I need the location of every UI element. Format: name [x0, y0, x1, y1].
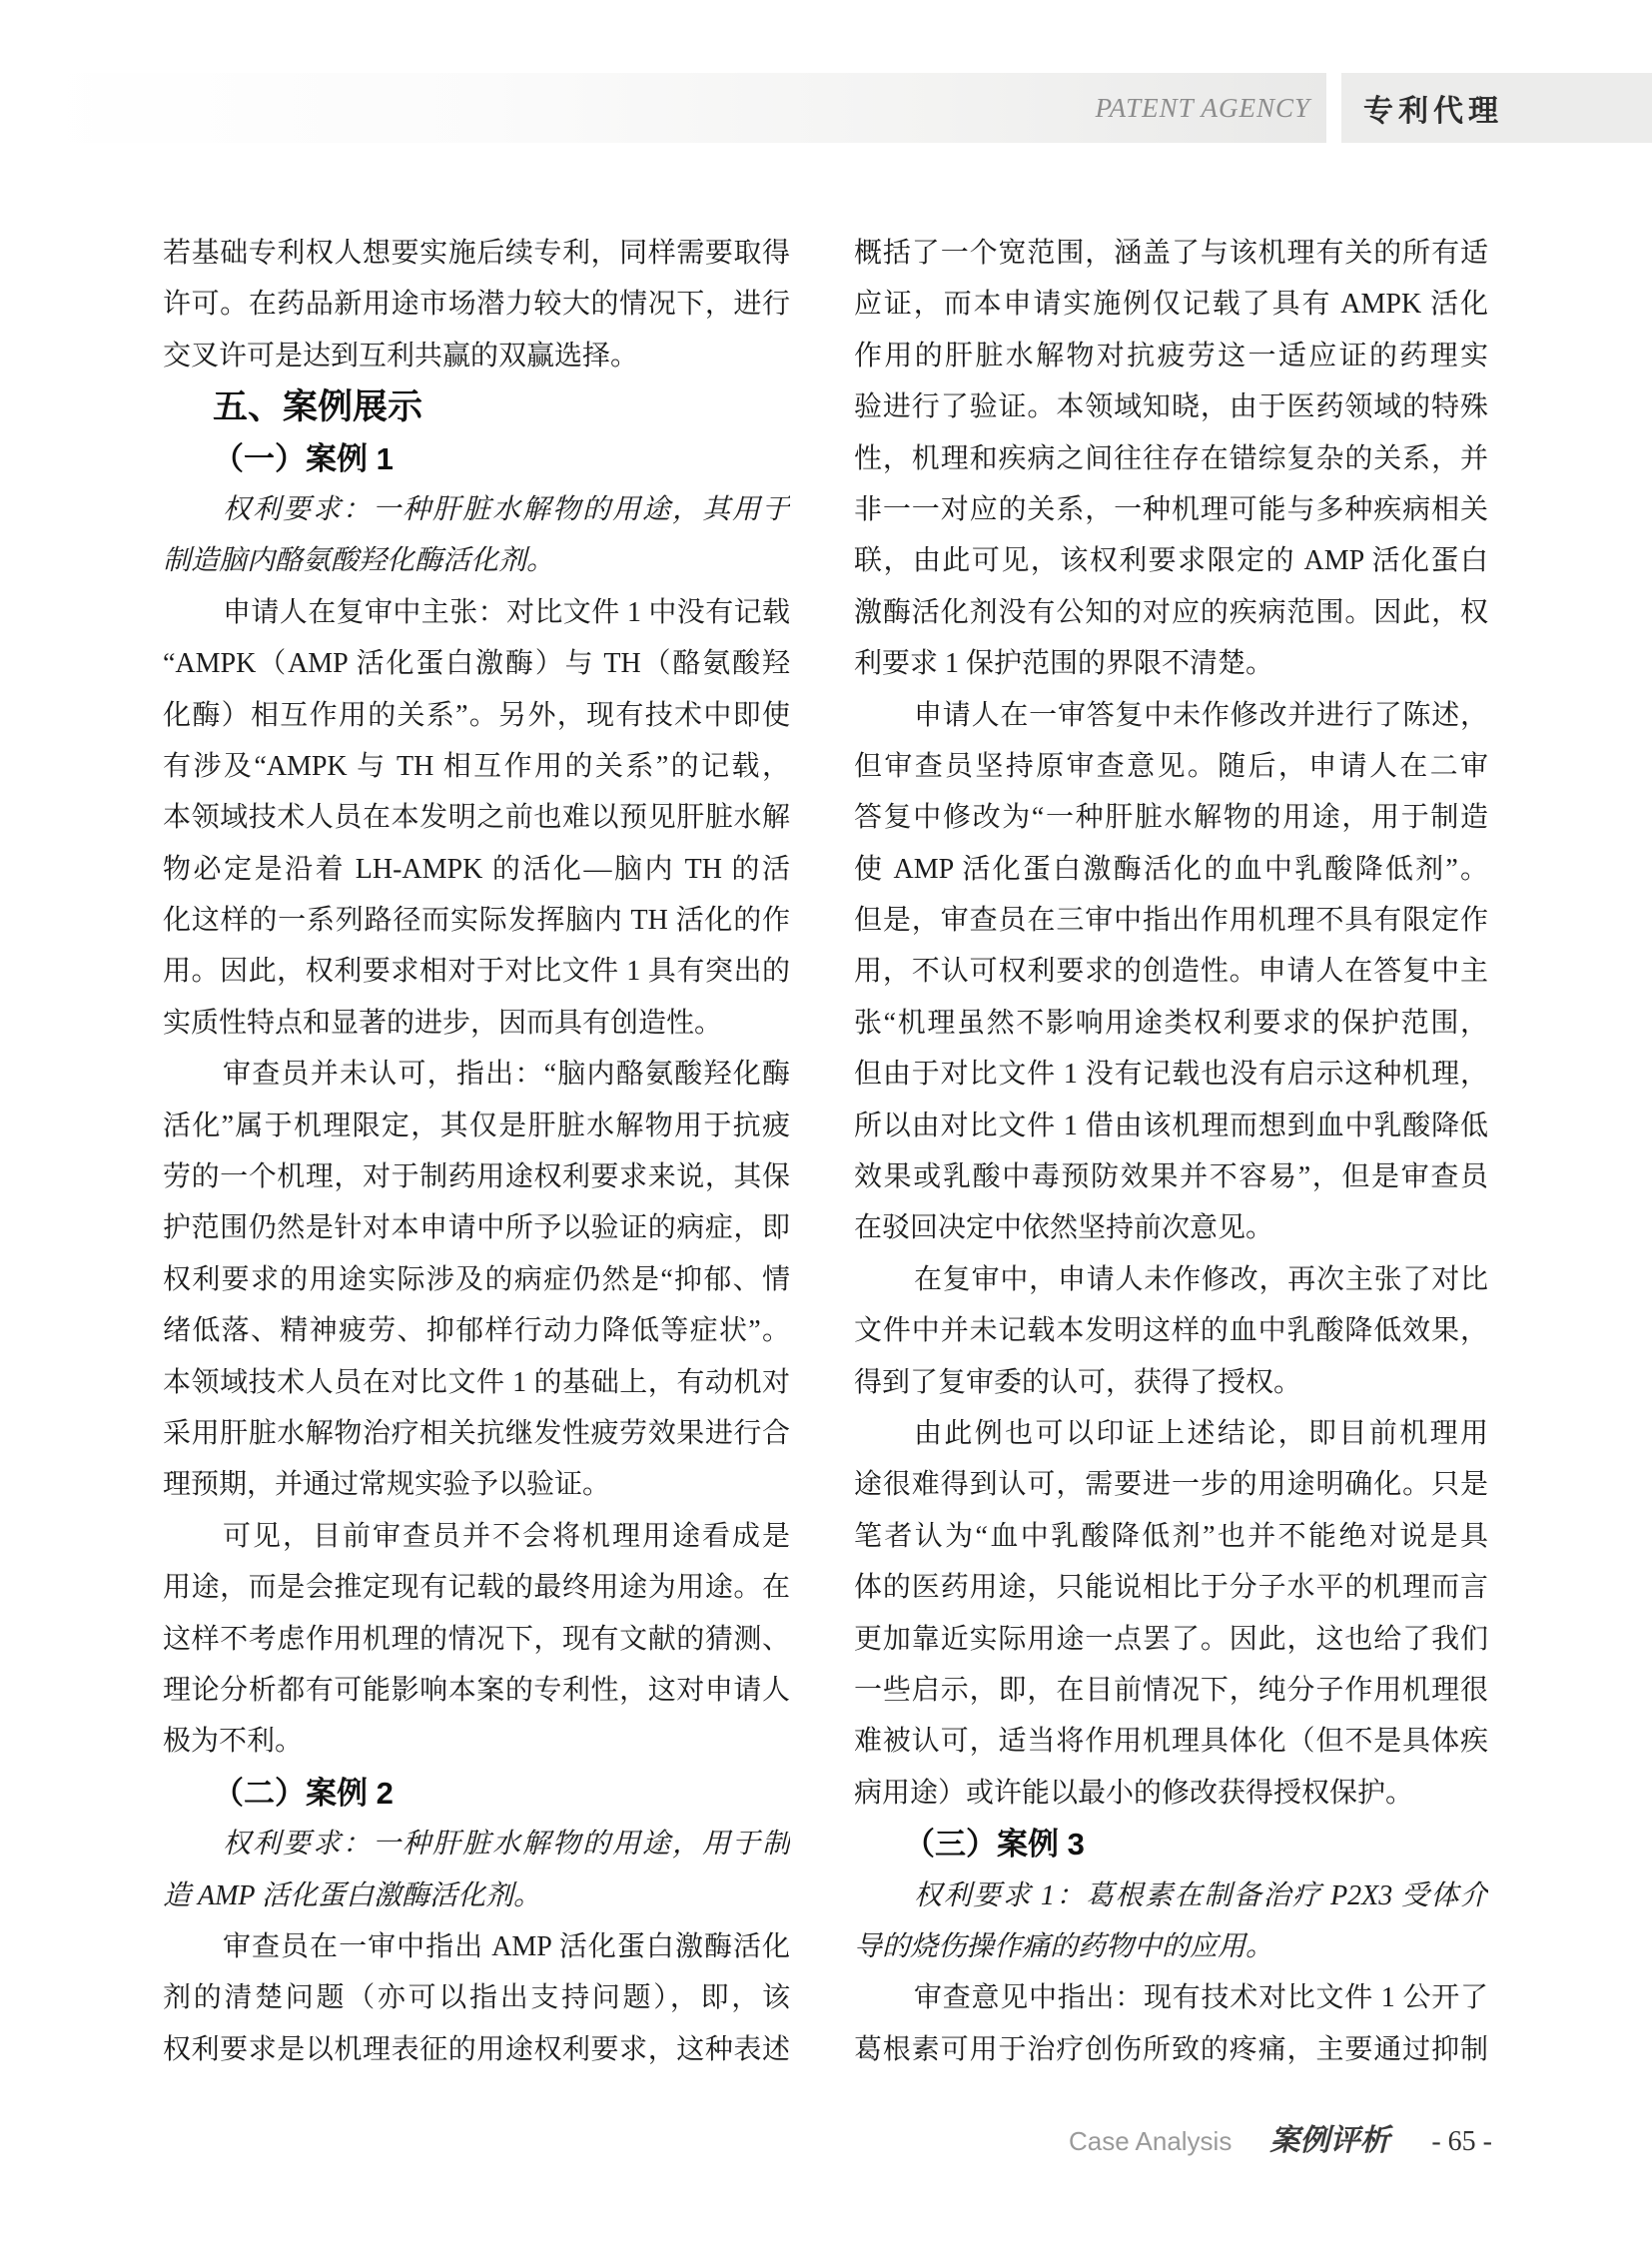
text-line: 化这样的一系列路径而实际发挥脑内 TH 活化的作 [163, 895, 790, 946]
text-line: 劳的一个机理，对于制药用途权利要求来说，其保 [163, 1151, 790, 1202]
text-line: 有涉及“AMPK 与 TH 相互作用的关系”的记载， [163, 741, 790, 792]
text-line: （二）案例 2 [163, 1768, 790, 1819]
text-line: 审查员并未认可，指出：“脑内酪氨酸羟化酶 [163, 1049, 790, 1100]
text-line: 在驳回决定中依然坚持前次意见。 [854, 1202, 1488, 1253]
text-line: （一）案例 1 [163, 433, 790, 484]
text-line: 非一一对应的关系，一种机理可能与多种疾病相关 [854, 484, 1488, 535]
text-line: 权利要求：一种肝脏水解物的用途，用于制 [163, 1819, 790, 1869]
text-line: 护范围仍然是针对本申请中所予以验证的病症，即 [163, 1202, 790, 1253]
text-line: 采用肝脏水解物治疗相关抗继发性疲劳效果进行合 [163, 1408, 790, 1459]
text-line: （三）案例 3 [854, 1819, 1488, 1869]
text-line: 一些启示，即，在目前情况下，纯分子作用机理很 [854, 1665, 1488, 1716]
text-line: 用。因此，权利要求相对于对比文件 1 具有突出的 [163, 946, 790, 997]
text-line: 本领域技术人员在对比文件 1 的基础上，有动机对 [163, 1357, 790, 1408]
text-line: 用途，而是会推定现有记载的最终用途为用途。在 [163, 1562, 790, 1613]
text-line: 作用的肝脏水解物对抗疲劳这一适应证的药理实 [854, 331, 1488, 381]
header-band: PATENT AGENCY [38, 73, 1326, 143]
text-line: 极为不利。 [163, 1716, 790, 1767]
text-line: 由此例也可以印证上述结论，即目前机理用 [854, 1408, 1488, 1459]
text-line: 活化”属于机理限定，其仅是肝脏水解物用于抗疲 [163, 1101, 790, 1151]
text-line: 化酶）相互作用的关系”。另外，现有技术中即使 [163, 690, 790, 741]
text-column-right: 概括了一个宽范围，涵盖了与该机理有关的所有适应证，而本申请实施例仅记载了具有 A… [854, 228, 1488, 2075]
text-line: 途很难得到认可，需要进一步的用途明确化。只是 [854, 1459, 1488, 1510]
text-line: 利要求 1 保护范围的界限不清楚。 [854, 638, 1488, 689]
text-line: 应证，而本申请实施例仅记载了具有 AMPK 活化 [854, 279, 1488, 330]
text-line: 但是，审查员在三审中指出作用机理不具有限定作 [854, 895, 1488, 946]
text-line: 概括了一个宽范围，涵盖了与该机理有关的所有适 [854, 228, 1488, 279]
text-line: 造 AMP 活化蛋白激酶活化剂。 [163, 1870, 790, 1921]
text-line: 申请人在一审答复中未作修改并进行了陈述， [854, 690, 1488, 741]
text-line: 在复审中，申请人未作修改，再次主张了对比 [854, 1254, 1488, 1305]
footer-section-title-cn: 案例评析 [1269, 2115, 1389, 2159]
text-line: 效果或乳酸中毒预防效果并不容易”，但是审查员 [854, 1151, 1488, 1202]
text-line: 体的医药用途，只能说相比于分子水平的机理而言 [854, 1562, 1488, 1613]
text-line: 物必定是沿着 LH-AMPK 的活化—脑内 TH 的活 [163, 844, 790, 895]
text-line: “AMPK（AMP 活化蛋白激酶）与 TH（酪氨酸羟 [163, 638, 790, 689]
footer-section-title-en: Case Analysis [1069, 2126, 1232, 2157]
text-line: 笔者认为“血中乳酸降低剂”也并不能绝对说是具 [854, 1511, 1488, 1562]
text-line: 交叉许可是达到互利共赢的双赢选择。 [163, 331, 790, 381]
text-line: 病用途）或许能以最小的修改获得授权保护。 [854, 1768, 1488, 1819]
header-section-title-box: 专利代理 [1341, 73, 1652, 143]
text-line: 审查意见中指出：现有技术对比文件 1 公开了 [854, 1972, 1488, 2023]
text-line: 权利要求 1：葛根素在制备治疗 P2X3 受体介 [854, 1870, 1488, 1921]
text-line: 许可。在药品新用途市场潜力较大的情况下，进行 [163, 279, 790, 330]
text-line: 使 AMP 活化蛋白激酶活化的血中乳酸降低剂”。 [854, 844, 1488, 895]
text-line: 更加靠近实际用途一点罢了。因此，这也给了我们 [854, 1614, 1488, 1665]
text-line: 理预期，并通过常规实验予以验证。 [163, 1459, 790, 1510]
text-line: 用，不认可权利要求的创造性。申请人在答复中主 [854, 946, 1488, 997]
text-line: 葛根素可用于治疗创伤所致的疼痛，主要通过抑制 [854, 2024, 1488, 2075]
text-line: 但审查员坚持原审查意见。随后，申请人在二审 [854, 741, 1488, 792]
text-line: 理论分析都有可能影响本案的专利性，这对申请人 [163, 1665, 790, 1716]
text-line: 这样不考虑作用机理的情况下，现有文献的猜测、 [163, 1614, 790, 1665]
text-line: 可见，目前审查员并不会将机理用途看成是 [163, 1511, 790, 1562]
text-line: 权利要求的用途实际涉及的病症仍然是“抑郁、情 [163, 1254, 790, 1305]
text-column-left: 若基础专利权人想要实施后续专利，同样需要取得许可。在药品新用途市场潜力较大的情况… [163, 228, 790, 2075]
header-section-title-en: PATENT AGENCY [1096, 93, 1310, 124]
page-number: - 65 - [1431, 2126, 1492, 2158]
text-line: 验进行了验证。本领域知晓，由于医药领域的特殊 [854, 381, 1488, 432]
text-line: 申请人在复审中主张：对比文件 1 中没有记载 [163, 587, 790, 638]
text-line: 审查员在一审中指出 AMP 活化蛋白激酶活化 [163, 1921, 790, 1972]
text-line: 权利要求是以机理表征的用途权利要求，这种表述 [163, 2024, 790, 2075]
text-line: 所以由对比文件 1 借由该机理而想到血中乳酸降低 [854, 1101, 1488, 1151]
text-line: 实质性特点和显著的进步，因而具有创造性。 [163, 998, 790, 1049]
text-line: 制造脑内酪氨酸羟化酶活化剂。 [163, 535, 790, 586]
text-line: 剂的清楚问题（亦可以指出支持问题），即，该 [163, 1972, 790, 2023]
text-line: 但由于对比文件 1 没有记载也没有启示这种机理， [854, 1049, 1488, 1100]
text-line: 若基础专利权人想要实施后续专利，同样需要取得 [163, 228, 790, 279]
header-section-title-cn: 专利代理 [1363, 86, 1503, 130]
text-line: 激酶活化剂没有公知的对应的疾病范围。因此，权 [854, 587, 1488, 638]
text-line: 绪低落、精神疲劳、抑郁样行动力降低等症状”。 [163, 1305, 790, 1356]
text-line: 张“机理虽然不影响用途类权利要求的保护范围， [854, 998, 1488, 1049]
text-line: 五、案例展示 [163, 381, 790, 432]
page-footer: Case Analysis 案例评析 - 65 - [0, 2115, 1492, 2161]
text-line: 得到了复审委的认可，获得了授权。 [854, 1357, 1488, 1408]
text-line: 本领域技术人员在本发明之前也难以预见肝脏水解 [163, 792, 790, 843]
text-line: 联，由此可见，该权利要求限定的 AMP 活化蛋白 [854, 535, 1488, 586]
text-line: 性，机理和疾病之间往往存在错综复杂的关系，并 [854, 433, 1488, 484]
text-line: 答复中修改为“一种肝脏水解物的用途，用于制造 [854, 792, 1488, 843]
text-line: 权利要求：一种肝脏水解物的用途，其用于 [163, 484, 790, 535]
text-line: 难被认可，适当将作用机理具体化（但不是具体疾 [854, 1716, 1488, 1767]
text-line: 文件中并未记载本发明这样的血中乳酸降低效果， [854, 1305, 1488, 1356]
magazine-page: PATENT AGENCY 专利代理 若基础专利权人想要实施后续专利，同样需要取… [0, 0, 1652, 2242]
text-line: 导的烧伤操作痛的药物中的应用。 [854, 1921, 1488, 1972]
